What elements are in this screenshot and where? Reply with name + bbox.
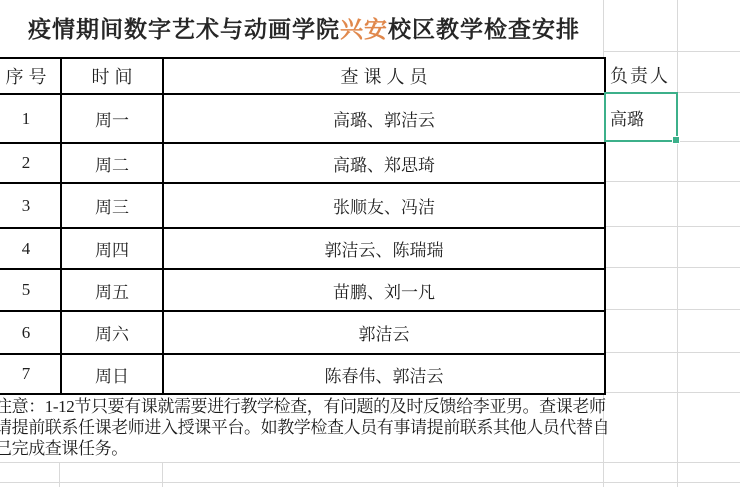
note-line: 己完成查课任务。: [0, 438, 609, 459]
cell-time[interactable]: 周日: [61, 354, 163, 394]
table-row: 1 周一 高璐、郭洁云: [0, 94, 605, 143]
spreadsheet-canvas: 疫情期间数字艺术与动画学院兴安校区教学检查安排 序号 时间 查课人员 1 周一 …: [0, 0, 740, 487]
table-row: 7 周日 陈春伟、郭洁云: [0, 354, 605, 394]
selected-cell[interactable]: 高璐: [604, 92, 678, 142]
cell-time[interactable]: 周四: [61, 228, 163, 269]
gridline-h: [604, 267, 740, 268]
cell-index[interactable]: 6: [0, 311, 61, 354]
note-cell[interactable]: 注意：1-12节只要有课就需要进行教学检查，有问题的及时反馈给李亚男。查课老师 …: [0, 396, 609, 459]
table-row: 5 周五 苗鹏、刘一凡: [0, 269, 605, 311]
header-time[interactable]: 时间: [61, 58, 163, 94]
selected-cell-value: 高璐: [610, 105, 644, 130]
cell-inspectors[interactable]: 高璐、郑思琦: [163, 143, 605, 183]
gridline-h: [604, 392, 740, 393]
schedule-table: 序号 时间 查课人员 1 周一 高璐、郭洁云 2 周二 高璐、郑思琦 3 周三 …: [0, 57, 606, 395]
gridline-h: [604, 181, 740, 182]
cell-time[interactable]: 周二: [61, 143, 163, 183]
header-index[interactable]: 序号: [0, 58, 61, 94]
table-row: 6 周六 郭洁云: [0, 311, 605, 354]
gridline-h: [604, 226, 740, 227]
cell-index[interactable]: 2: [0, 143, 61, 183]
cell-time[interactable]: 周六: [61, 311, 163, 354]
gridline-v: [59, 462, 60, 487]
gridline-h: [604, 309, 740, 310]
cell-inspectors[interactable]: 陈春伟、郭洁云: [163, 354, 605, 394]
cell-inspectors[interactable]: 高璐、郭洁云: [163, 94, 605, 143]
title-highlight: 兴安: [340, 17, 388, 42]
cell-time[interactable]: 周五: [61, 269, 163, 311]
gridline-v: [162, 462, 163, 487]
sheet-title: 疫情期间数字艺术与动画学院兴安校区教学检查安排: [28, 11, 580, 44]
gridline-h: [0, 482, 740, 483]
title-text-post: 校区教学检查安排: [388, 17, 580, 42]
gridline-h: [677, 92, 740, 93]
cell-time[interactable]: 周一: [61, 94, 163, 143]
cell-index[interactable]: 5: [0, 269, 61, 311]
note-line: 请提前联系任课老师进入授课平台。如教学检查人员有事请提前联系其他人员代替自: [0, 417, 609, 438]
fill-handle[interactable]: [672, 136, 680, 144]
gridline-h: [677, 141, 740, 142]
cell-index[interactable]: 1: [0, 94, 61, 143]
table-header-row: 序号 时间 查课人员: [0, 58, 605, 94]
header-leader[interactable]: 负责人: [604, 57, 678, 93]
cell-index[interactable]: 7: [0, 354, 61, 394]
table-row: 4 周四 郭洁云、陈瑞瑞: [0, 228, 605, 269]
table-row: 3 周三 张顺友、冯洁: [0, 183, 605, 228]
cell-inspectors[interactable]: 郭洁云、陈瑞瑞: [163, 228, 605, 269]
table-row: 2 周二 高璐、郑思琦: [0, 143, 605, 183]
cell-index[interactable]: 4: [0, 228, 61, 269]
cell-time[interactable]: 周三: [61, 183, 163, 228]
cell-inspectors[interactable]: 苗鹏、刘一凡: [163, 269, 605, 311]
gridline-h: [604, 352, 740, 353]
cell-inspectors[interactable]: 郭洁云: [163, 311, 605, 354]
header-inspectors[interactable]: 查课人员: [163, 58, 605, 94]
gridline-h: [0, 462, 740, 463]
note-line: 注意：1-12节只要有课就需要进行教学检查，有问题的及时反馈给李亚男。查课老师: [0, 396, 609, 417]
cell-inspectors[interactable]: 张顺友、冯洁: [163, 183, 605, 228]
cell-index[interactable]: 3: [0, 183, 61, 228]
title-text-pre: 疫情期间数字艺术与动画学院: [28, 17, 340, 42]
gridline-h: [603, 51, 740, 52]
